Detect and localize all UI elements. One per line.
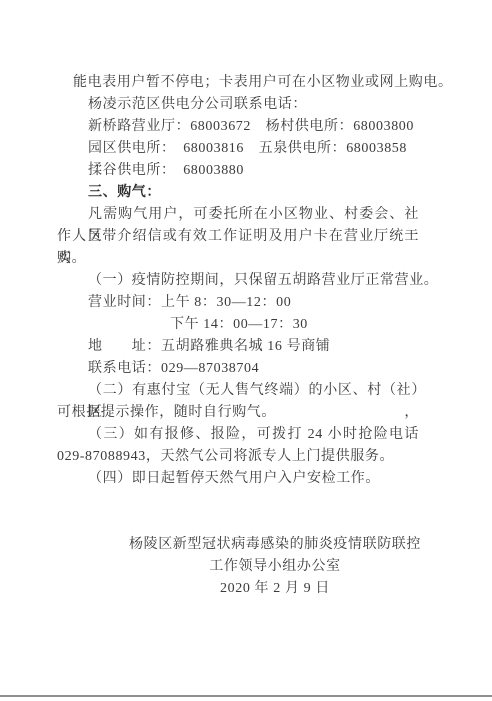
- body-line-item3-2: 029-87088943，天然气公司将派专人上门提供服务。: [57, 446, 419, 468]
- body-line-phones-row3: 揉谷供电所： 68003880: [57, 160, 419, 182]
- body-line-phones-row2: 园区供电所： 68003816 五泉供电所：68003858: [57, 138, 419, 160]
- body-line-item2-1: （二）有惠付宝（无人售气终端）的小区、村（社）区，: [57, 380, 419, 402]
- signature-block: 杨陵区新型冠状病毒感染的肺炎疫情联防联控 工作领导小组办公室 2020 年 2 …: [57, 534, 419, 600]
- body-line-gas-para-2: 作人员带介绍信或有效工作证明及用户卡在营业厅统一购: [57, 226, 419, 248]
- signature-org-line2: 工作领导小组办公室: [94, 556, 456, 578]
- body-line-contact-phone: 联系电话：029—87038704: [57, 358, 419, 380]
- page-bottom-edge: [0, 695, 492, 697]
- signature-org-line1: 杨陵区新型冠状病毒感染的肺炎疫情联防联控: [94, 534, 456, 556]
- section-heading-gas: 三、购气：: [57, 182, 419, 204]
- body-line-gas-para-1: 凡需购气用户，可委托所在小区物业、村委会、社区工: [57, 204, 419, 226]
- document-page: 能电表用户暂不停电；卡表用户可在小区物业或网上购电。 杨凌示范区供电分公司联系电…: [0, 0, 492, 701]
- body-line-meter-users: 能电表用户暂不停电；卡表用户可在小区物业或网上购电。: [57, 72, 419, 94]
- body-line-item4: （四）即日起暂停天然气用户入户安检工作。: [57, 468, 419, 490]
- body-line-item1: （一）疫情防控期间，只保留五胡路营业厅正常营业。: [57, 270, 419, 292]
- body-line-address: 地 址：五胡路雅典名城 16 号商铺: [57, 336, 419, 358]
- body-line-hours-pm: 下午 14：00—17：30: [57, 314, 419, 336]
- document-body: 能电表用户暂不停电；卡表用户可在小区物业或网上购电。 杨凌示范区供电分公司联系电…: [57, 72, 419, 490]
- body-line-item3-1: （三）如有报修、报险，可拨打 24 小时抢险电话: [57, 424, 419, 446]
- body-line-phones-row1: 新桥路营业厅：68003672 杨村供电所：68003800: [57, 116, 419, 138]
- body-line-gas-para-3: 买。: [57, 248, 419, 270]
- signature-date: 2020 年 2 月 9 日: [94, 578, 456, 600]
- body-line-power-contact: 杨凌示范区供电分公司联系电话：: [57, 94, 419, 116]
- body-line-hours-am: 营业时间：上午 8：30—12：00: [57, 292, 419, 314]
